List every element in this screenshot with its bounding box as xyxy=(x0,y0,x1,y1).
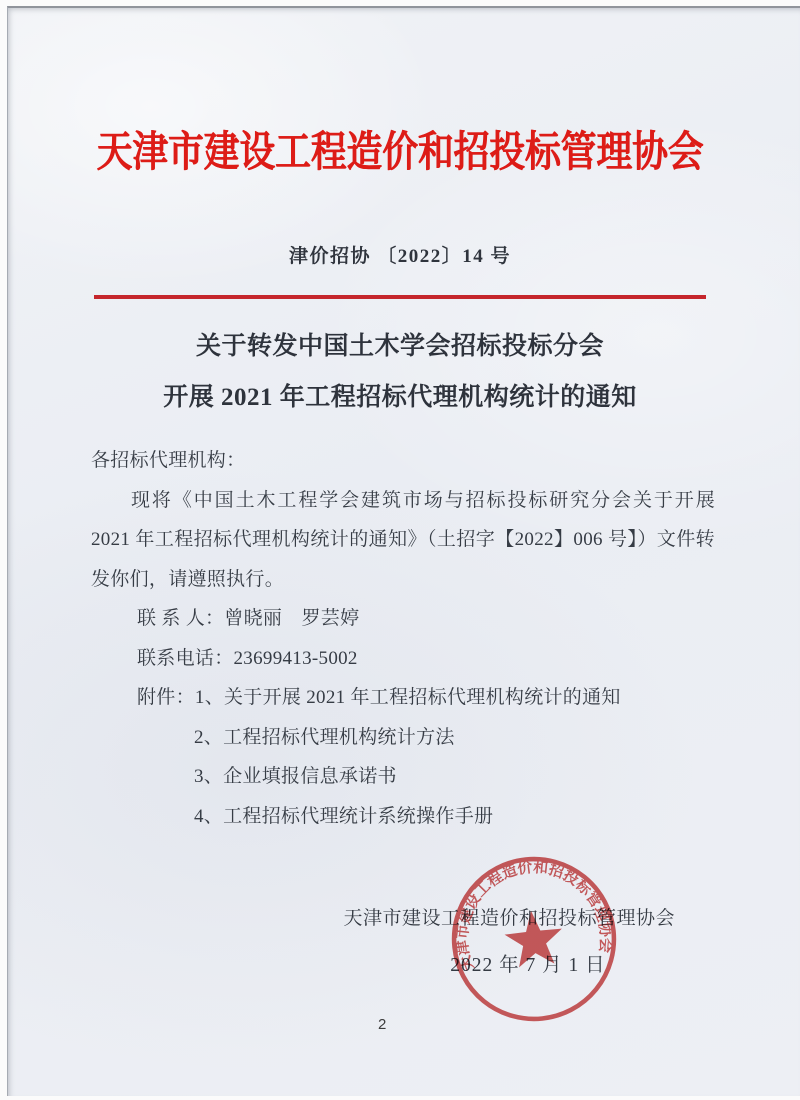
document-body: 各招标代理机构： 现将《中国土木工程学会建筑市场与招标投标研究分会关于开展 20… xyxy=(91,441,715,836)
attachments-label: 附件： xyxy=(137,687,195,708)
star-icon xyxy=(502,908,565,969)
letterhead-org-title: 天津市建设工程造价和招投标管理协会 xyxy=(60,124,740,182)
document-title-line-1: 关于转发中国土木学会招标投标分会 xyxy=(0,321,800,372)
attachments-first-line: 附件：1、关于开展 2021 年工程招标代理机构统计的通知 xyxy=(91,678,715,718)
official-seal-stamp: 天津市建设工程造价和招投标管理协会 xyxy=(438,843,629,1034)
salutation: 各招标代理机构： xyxy=(91,441,715,481)
attachment-item: 3、企业填报信息承诺书 xyxy=(91,757,715,797)
attachment-item: 4、工程招标代理统计系统操作手册 xyxy=(91,797,715,837)
contact-person-line: 联 系 人：曾晓丽 罗芸婷 xyxy=(91,599,715,639)
document-number: 津价招协 〔2022〕14 号 xyxy=(0,241,800,268)
document-title: 关于转发中国土木学会招标投标分会 开展 2021 年工程招标代理机构统计的通知 xyxy=(0,321,800,423)
attachment-item: 2、工程招标代理机构统计方法 xyxy=(91,718,715,758)
page-number: 2 xyxy=(378,1016,386,1033)
contact-phone-line: 联系电话：23699413-5002 xyxy=(91,639,715,679)
attachment-item: 1、关于开展 2021 年工程招标代理机构统计的通知 xyxy=(195,687,621,708)
body-paragraph: 现将《中国土木工程学会建筑市场与招标投标研究分会关于开展 2021 年工程招标代… xyxy=(91,481,715,600)
document-title-line-2: 开展 2021 年工程招标代理机构统计的通知 xyxy=(0,372,800,423)
red-divider-line xyxy=(94,295,706,299)
